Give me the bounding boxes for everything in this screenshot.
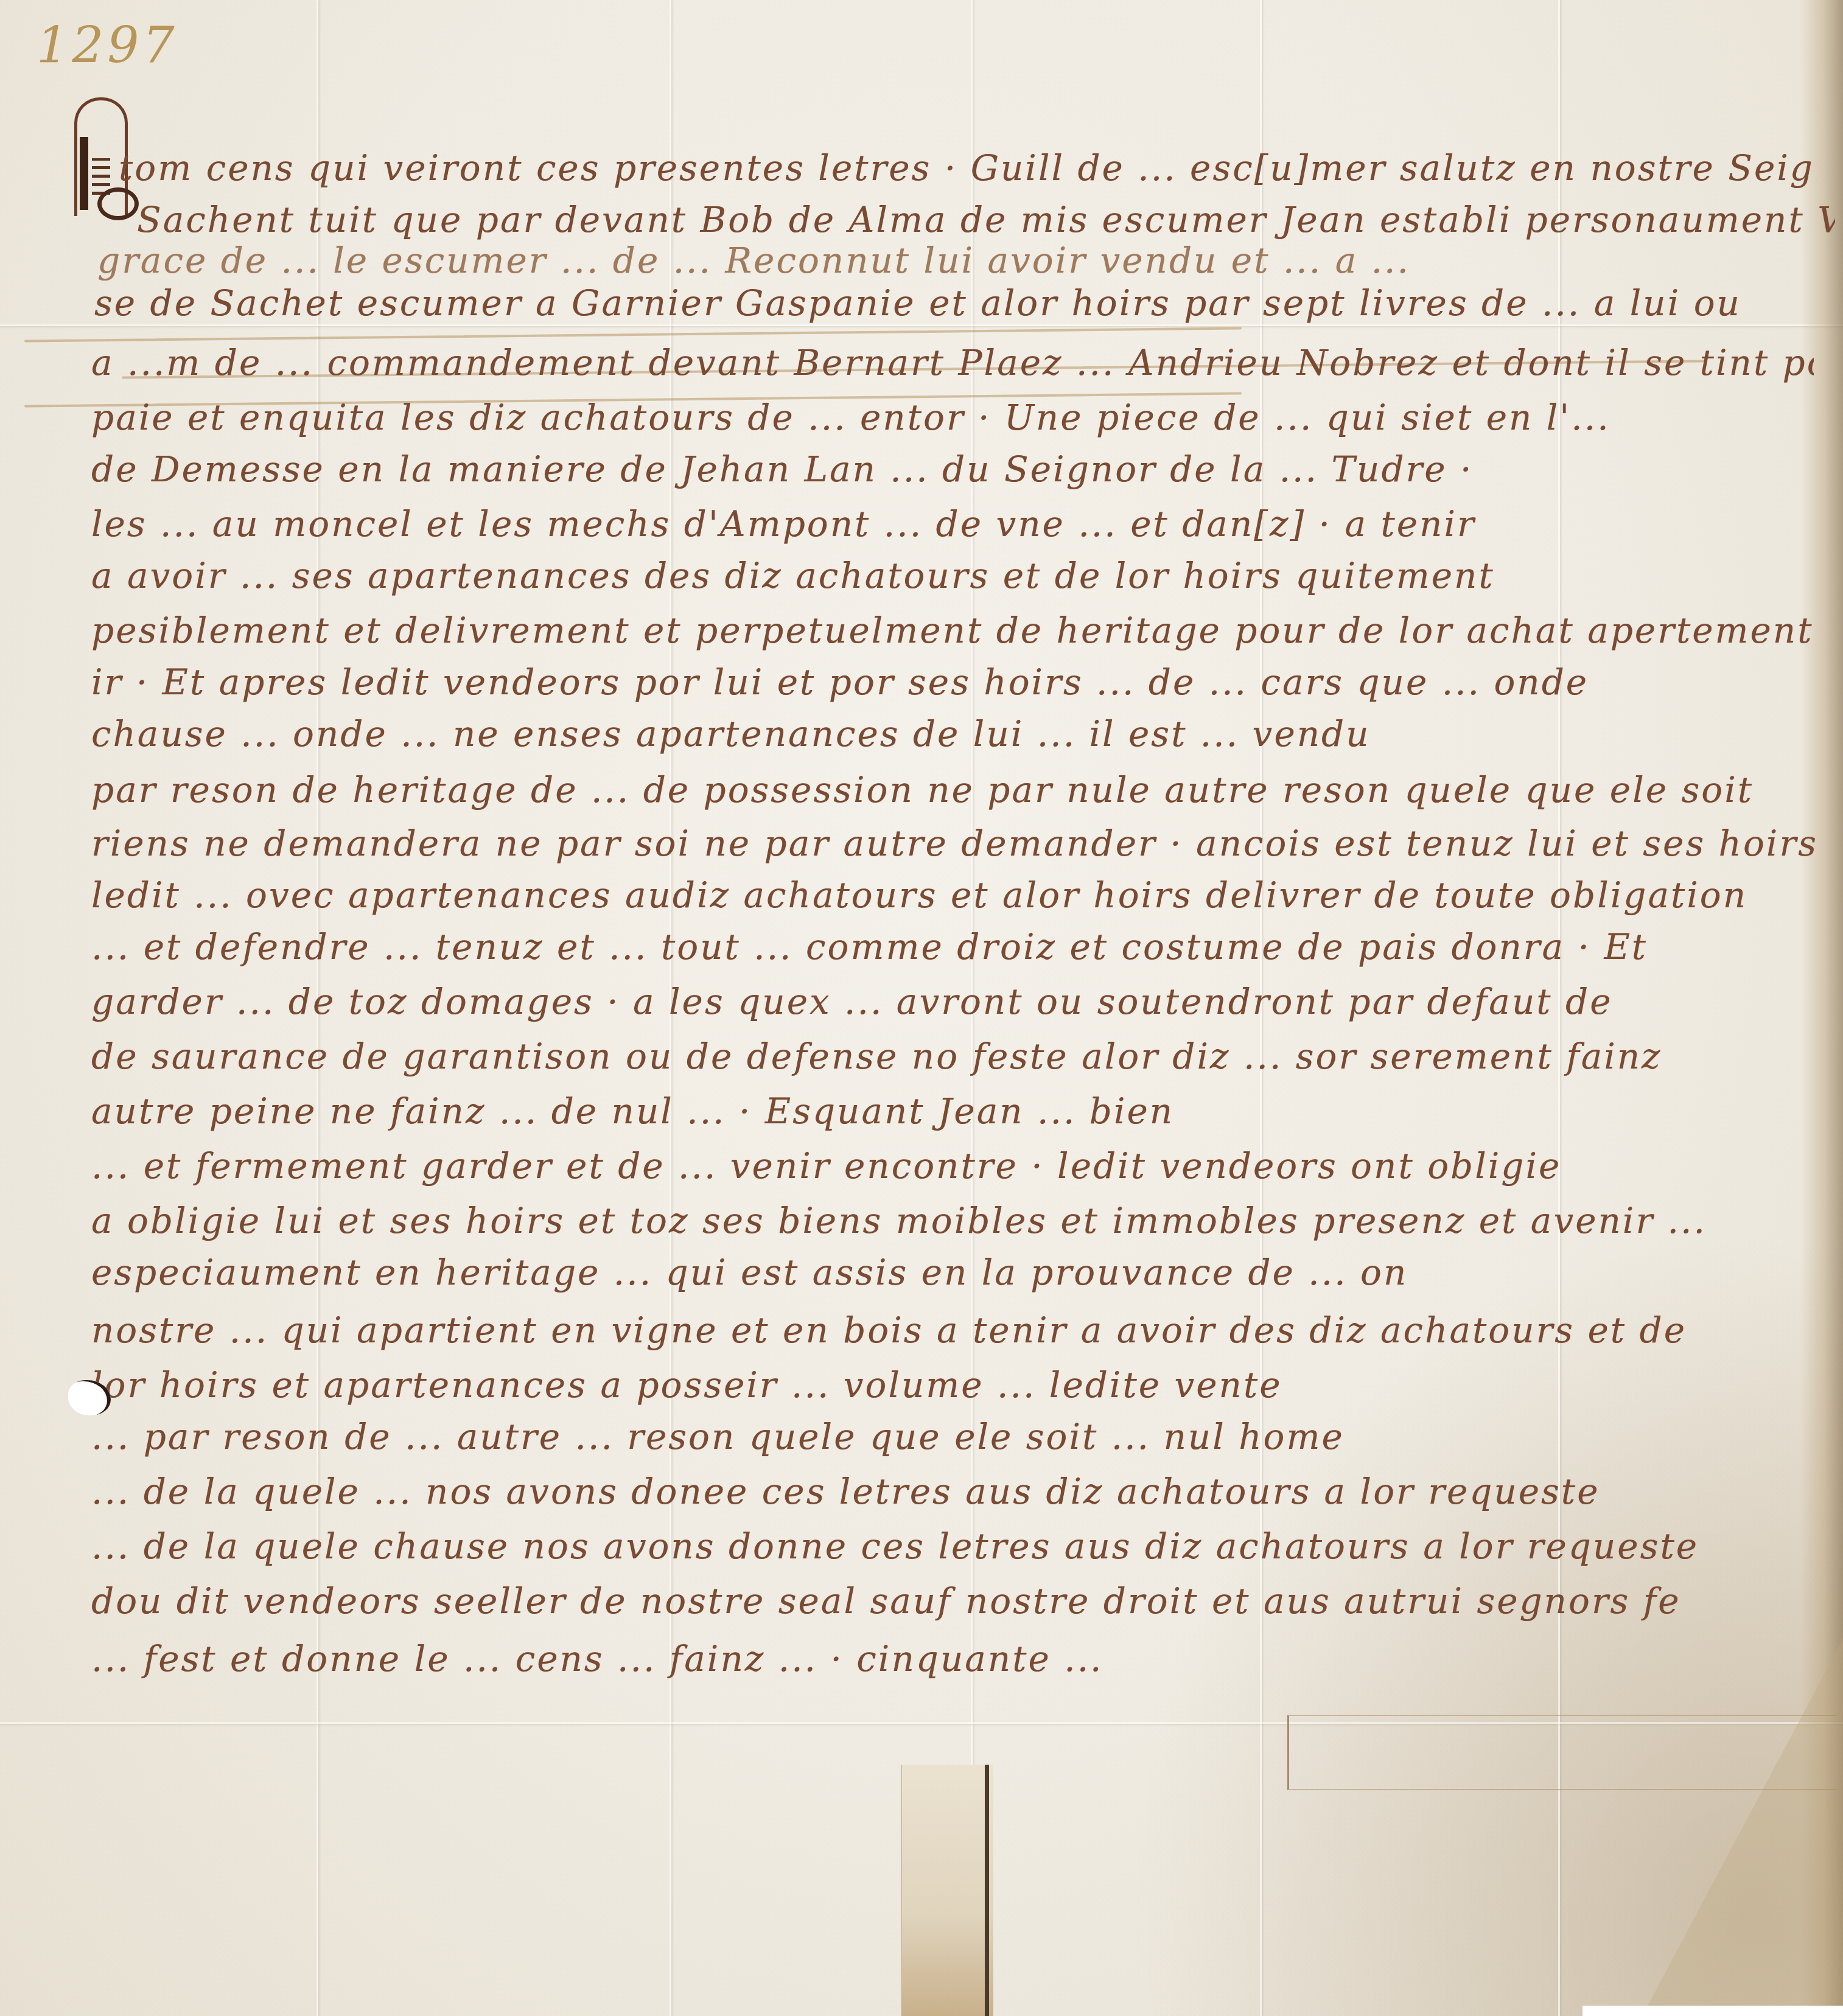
- text-line: ... par reson de ... autre ... reson que…: [91, 1415, 1820, 1459]
- text-line: par reson de heritage de ... de possessi…: [91, 768, 1820, 812]
- text-line: a ...m de ... commandement devant Bernar…: [91, 341, 1814, 385]
- text-line: lor hoirs et apartenances a posseir ... …: [91, 1363, 1820, 1407]
- text-line: garder ... de toz domages · a les quex .…: [91, 980, 1820, 1024]
- text-line: tom cens qui veiront ces presentes letre…: [119, 146, 1817, 190]
- text-line: ir · Et apres ledit vendeors por lui et …: [91, 660, 1820, 704]
- text-line: chause ... onde ... ne enses apartenance…: [91, 712, 1820, 756]
- text-line: dou dit vendeors seeller de nostre seal …: [91, 1579, 1820, 1623]
- text-line: de Demesse en la maniere de Jehan Lan ..…: [91, 447, 1814, 491]
- text-line: a obligie lui et ses hoirs et toz ses bi…: [91, 1199, 1820, 1243]
- text-line: ... fest et donne le ... cens ... fainz …: [91, 1637, 1820, 1681]
- text-line: nostre ... qui apartient en vigne et en …: [91, 1308, 1820, 1352]
- text-line: de saurance de garantison ou de defense …: [91, 1034, 1820, 1078]
- charter-text: tom cens qui veiront ces presentes letre…: [0, 0, 1843, 2016]
- text-line: Sachent tuit que par devant Bob de Alma …: [137, 198, 1835, 242]
- background-strip: [1582, 2006, 1843, 2016]
- text-line: ledit ... ovec apartenances audiz achato…: [91, 873, 1820, 917]
- text-line: especiaument en heritage ... qui est ass…: [91, 1250, 1820, 1294]
- boxed-annotation: [1287, 1715, 1837, 1790]
- text-line: ... et fermement garder et de ... venir …: [91, 1144, 1820, 1188]
- text-line: a avoir ... ses apartenances des diz ach…: [91, 554, 1814, 598]
- text-line: grace de ... le escumer ... de ... Recon…: [97, 239, 1814, 282]
- text-line: se de Sachet escumer a Garnier Gaspanie …: [94, 281, 1811, 325]
- seal-slit: [985, 1765, 989, 2016]
- text-line: les ... au moncel et les mechs d'Ampont …: [91, 502, 1814, 546]
- text-line: autre peine ne fainz ... de nul ... · Es…: [91, 1089, 1820, 1133]
- text-line: ... et defendre ... tenuz et ... tout ..…: [91, 925, 1820, 969]
- text-line: pesiblement et delivrement et perpetuelm…: [91, 609, 1820, 652]
- text-line: ... de la quele ... nos avons donee ces …: [91, 1470, 1820, 1513]
- seal-tag: [901, 1765, 993, 2016]
- text-line: riens ne demandera ne par soi ne par aut…: [91, 821, 1820, 865]
- text-line: paie et enquita les diz achatours de ...…: [91, 396, 1814, 439]
- text-line: ... de la quele chause nos avons donne c…: [91, 1524, 1820, 1568]
